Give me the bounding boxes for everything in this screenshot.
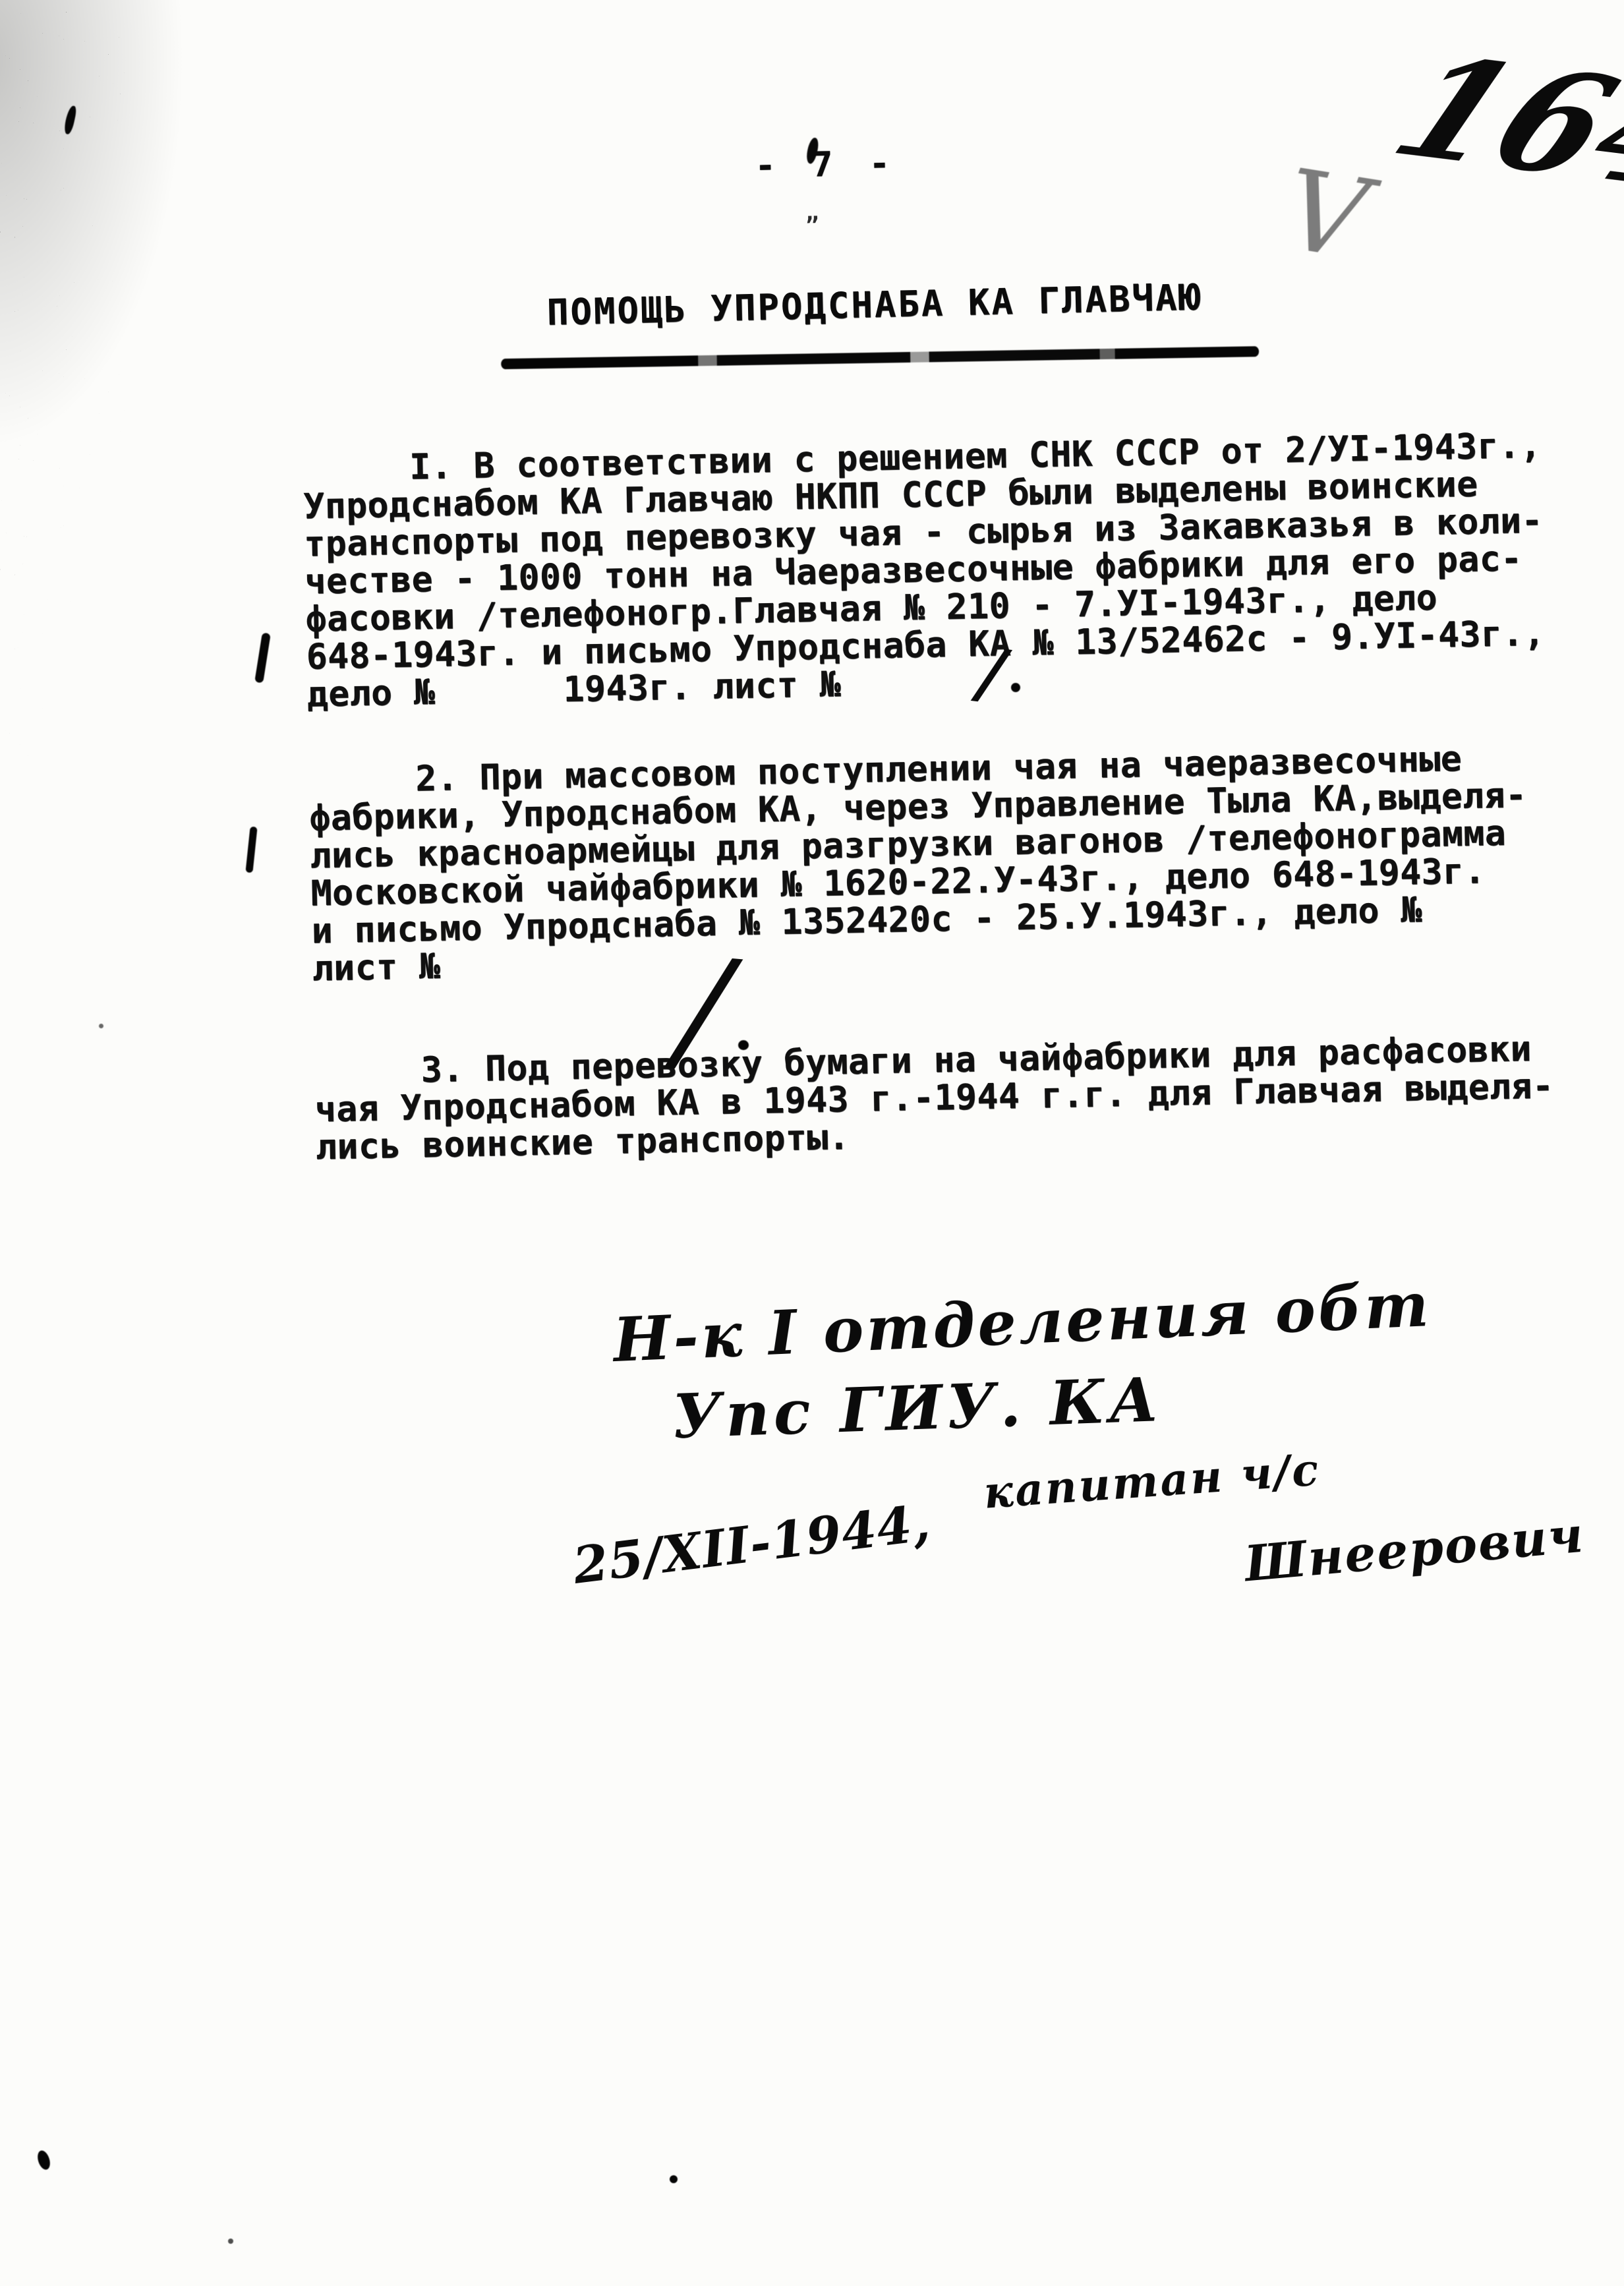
typed-line: лист №	[312, 949, 440, 988]
dust-speck	[228, 2239, 233, 2244]
handwritten-department-line2: Упс ГИУ. КА	[671, 1364, 1163, 1452]
dust-speck	[369, 500, 374, 506]
handwritten-signature: Шнеерович	[1242, 1507, 1586, 1593]
ink-dot-1	[1011, 683, 1020, 692]
page-number: - 7 -	[755, 144, 898, 186]
margin-pen-mark-1	[254, 632, 271, 683]
title-underline	[501, 346, 1259, 369]
ink-dot-2	[738, 1040, 749, 1050]
handwritten-date: 25/XII-1944,	[570, 1493, 934, 1595]
typed-block: - 7 - „ ПОМОЩЬ УПРОДСНАБА КА ГЛАВЧАЮ I. …	[283, 127, 1615, 1219]
margin-pen-mark-2	[245, 827, 257, 873]
handwritten-department-line1: Н-к I отделения обт	[612, 1269, 1432, 1376]
dust-speck	[99, 1024, 103, 1028]
scan-edge-shading	[0, 0, 211, 501]
document-title: ПОМОЩЬ УПРОДСНАБА КА ГЛАВЧАЮ	[546, 276, 1203, 333]
stray-mark: „	[805, 199, 821, 225]
typed-line: лись воинские транспорты.	[315, 1119, 850, 1167]
typed-line: дело № 1943г. лист №	[306, 666, 841, 714]
handwritten-rank: капитан ч/с	[982, 1444, 1322, 1518]
bottom-ink-blob	[36, 2149, 52, 2171]
dust-speck	[670, 2175, 678, 2183]
page-scan: - 7 - „ ПОМОЩЬ УПРОДСНАБА КА ГЛАВЧАЮ I. …	[0, 0, 1624, 2286]
